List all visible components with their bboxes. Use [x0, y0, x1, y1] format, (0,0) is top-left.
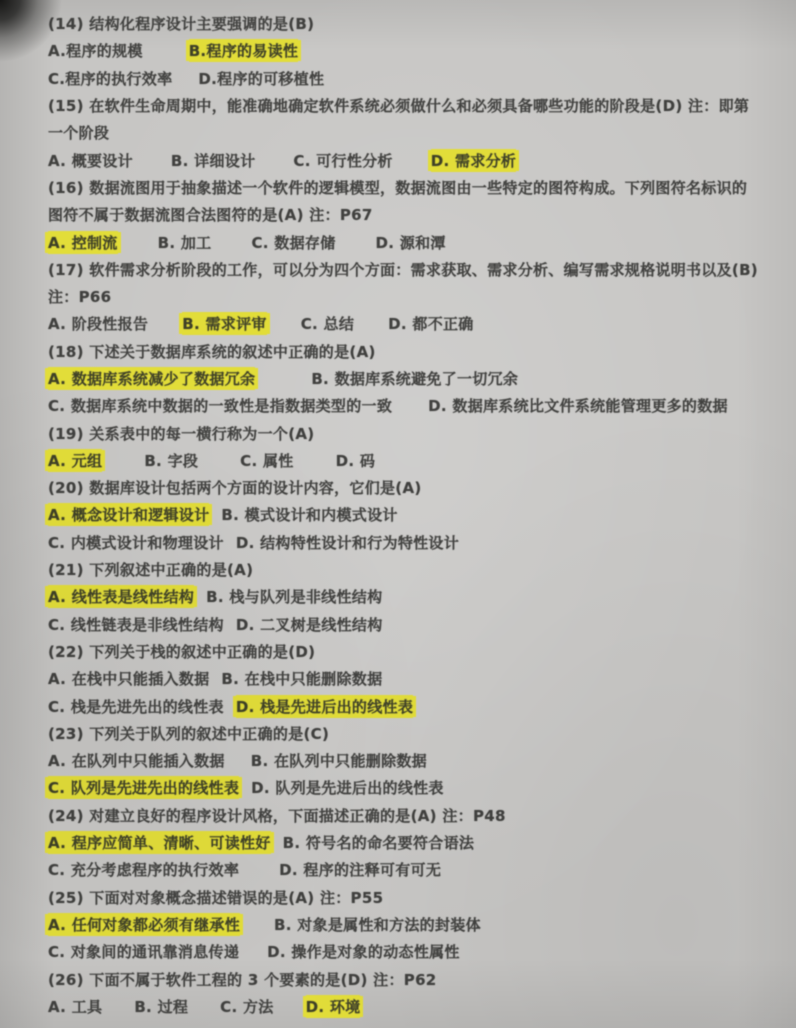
option-d: D. 源和潭: [376, 232, 446, 253]
option-a: A. 在队列中只能插入数据: [48, 750, 225, 771]
option-a-highlighted-answer: A. 元组: [48, 450, 102, 471]
text-line: C. 内模式设计和物理设计D. 结构特性设计和行为特性设计: [48, 529, 782, 556]
option-b: B. 对象是属性和方法的封装体: [274, 914, 481, 935]
text-line: A. 工具B. 过程C. 方法D. 环境: [48, 993, 782, 1020]
option-c: C. 数据库系统中数据的一致性是指数据类型的一致: [48, 395, 392, 416]
exam-photo-page: (14) 结构化程序设计主要强调的是(B)A.程序的规模B.程序的易读性C.程序…: [0, 0, 796, 1028]
question-14: (14) 结构化程序设计主要强调的是(B)A.程序的规模B.程序的易读性C.程序…: [48, 10, 782, 92]
option-a: A. 工具: [48, 996, 102, 1017]
question-23: (23) 下列关于队列的叙述中正确的是(C)A. 在队列中只能插入数据B. 在队…: [48, 720, 782, 802]
option-b: B. 符号名的命名要符合语法: [283, 832, 475, 853]
question-stem: (25) 下面对对象概念描述错误的是(A) 注：P55: [48, 887, 383, 908]
stem-continuation: 注：P66: [48, 286, 111, 307]
text-line: (24) 对建立良好的程序设计风格，下面描述正确的是(A) 注：P48: [48, 802, 782, 829]
text-line: A. 元组B. 字段C. 属性D. 码: [48, 447, 782, 474]
option-d: D. 结构特性设计和行为特性设计: [236, 532, 459, 553]
text-line: A. 数据库系统减少了数据冗余B. 数据库系统避免了一切冗余: [48, 365, 782, 392]
text-line: (20) 数据库设计包括两个方面的设计内容，它们是(A): [48, 474, 782, 501]
question-stem: (18) 下述关于数据库系统的叙述中正确的是(A): [48, 341, 376, 362]
text-line: A. 程序应简单、清晰、可读性好B. 符号名的命名要符合语法: [48, 829, 782, 856]
option-b-highlighted-answer: B.程序的易读性: [189, 40, 299, 61]
option-a-highlighted-answer: A. 线性表是线性结构: [48, 586, 194, 607]
option-d-highlighted-answer: D. 栈是先进后出的线性表: [236, 696, 413, 717]
text-line: (26) 下面不属于软件工程的 3 个要素的是(D) 注：P62: [48, 965, 782, 992]
question-stem: (20) 数据库设计包括两个方面的设计内容，它们是(A): [48, 477, 422, 498]
question-list: (14) 结构化程序设计主要强调的是(B)A.程序的规模B.程序的易读性C.程序…: [48, 10, 782, 1020]
text-line: A. 在队列中只能插入数据B. 在队列中只能删除数据: [48, 747, 782, 774]
option-c: C. 可行性分析: [293, 150, 392, 171]
question-stem: (16) 数据流图用于抽象描述一个软件的逻辑模型，数据流图由一些特定的图符构成。…: [48, 177, 747, 198]
option-a: A. 在栈中只能插入数据: [48, 668, 209, 689]
option-b: B. 在队列中只能删除数据: [251, 750, 427, 771]
text-line: (16) 数据流图用于抽象描述一个软件的逻辑模型，数据流图由一些特定的图符构成。…: [48, 174, 782, 201]
question-21: (21) 下列叙述中正确的是(A)A. 线性表是线性结构B. 栈与队列是非线性结…: [48, 556, 782, 638]
text-line: (14) 结构化程序设计主要强调的是(B): [48, 10, 782, 37]
text-line: A. 控制流B. 加工C. 数据存储D. 源和潭: [48, 228, 782, 255]
option-c: C. 总结: [301, 313, 354, 334]
option-a-highlighted-answer: A. 控制流: [48, 232, 118, 253]
option-d: D. 程序的注释可有可无: [279, 859, 441, 880]
text-line: A. 线性表是线性结构B. 栈与队列是非线性结构: [48, 583, 782, 610]
option-d: D. 二叉树是线性结构: [236, 614, 383, 635]
option-d-highlighted-answer: D. 环境: [306, 996, 361, 1017]
option-a-highlighted-answer: A. 概念设计和逻辑设计: [48, 504, 209, 525]
text-line: 注：P66: [48, 283, 782, 310]
question-stem: (22) 下列关于栈的叙述中正确的是(D): [48, 641, 315, 662]
option-d: D. 操作是对象的动态性属性: [267, 941, 460, 962]
text-line: 一个阶段: [48, 119, 782, 146]
text-line: (17) 软件需求分析阶段的工作，可以分为四个方面：需求获取、需求分析、编写需求…: [48, 256, 782, 283]
text-line: A. 阶段性报告B. 需求评审C. 总结D. 都不正确: [48, 310, 782, 337]
option-c-highlighted-answer: C. 队列是先进先出的线性表: [48, 777, 239, 798]
option-b: B. 字段: [144, 450, 198, 471]
option-a: A. 概要设计: [48, 150, 133, 171]
text-line: (18) 下述关于数据库系统的叙述中正确的是(A): [48, 338, 782, 365]
option-c: C. 内模式设计和物理设计: [48, 532, 224, 553]
question-stem: (26) 下面不属于软件工程的 3 个要素的是(D) 注：P62: [48, 969, 437, 990]
text-line: (15) 在软件生命周期中，能准确地确定软件系统必须做什么和必须具备哪些功能的阶…: [48, 92, 782, 119]
text-line: A. 概念设计和逻辑设计B. 模式设计和内模式设计: [48, 501, 782, 528]
text-line: (22) 下列关于栈的叙述中正确的是(D): [48, 638, 782, 665]
option-c: C. 方法: [220, 996, 273, 1017]
option-d: D.程序的可移植性: [198, 68, 324, 89]
option-c: C.程序的执行效率: [48, 68, 172, 89]
option-b-highlighted-answer: B. 需求评审: [182, 313, 266, 334]
option-a: A. 阶段性报告: [48, 313, 148, 334]
question-18: (18) 下述关于数据库系统的叙述中正确的是(A)A. 数据库系统减少了数据冗余…: [48, 338, 782, 420]
question-17: (17) 软件需求分析阶段的工作，可以分为四个方面：需求获取、需求分析、编写需求…: [48, 256, 782, 338]
option-a-highlighted-answer: A. 任何对象都必须有继承性: [48, 914, 240, 935]
text-line: (23) 下列关于队列的叙述中正确的是(C): [48, 720, 782, 747]
question-stem: (24) 对建立良好的程序设计风格，下面描述正确的是(A) 注：P48: [48, 805, 506, 826]
text-line: A. 在栈中只能插入数据B. 在栈中只能删除数据: [48, 665, 782, 692]
option-a-highlighted-answer: A. 数据库系统减少了数据冗余: [48, 368, 255, 389]
text-line: A. 概要设计B. 详细设计C. 可行性分析D. 需求分析: [48, 146, 782, 173]
text-line: C. 栈是先进先出的线性表D. 栈是先进后出的线性表: [48, 692, 782, 719]
option-c: C. 属性: [240, 450, 293, 471]
stem-continuation: 图符不属于数据流图合法图符的是(A) 注：P67: [48, 204, 373, 225]
option-c: C. 线性链表是非线性结构: [48, 614, 224, 635]
text-line: C.程序的执行效率D.程序的可移植性: [48, 65, 782, 92]
text-line: C. 数据库系统中数据的一致性是指数据类型的一致D. 数据库系统比文件系统能管理…: [48, 392, 782, 419]
question-stem: (19) 关系表中的每一横行称为一个(A): [48, 423, 314, 444]
question-stem: (14) 结构化程序设计主要强调的是(B): [48, 13, 314, 34]
question-stem: (23) 下列关于队列的叙述中正确的是(C): [48, 723, 329, 744]
text-line: (19) 关系表中的每一横行称为一个(A): [48, 419, 782, 446]
option-c: C. 栈是先进先出的线性表: [48, 696, 224, 717]
question-20: (20) 数据库设计包括两个方面的设计内容，它们是(A)A. 概念设计和逻辑设计…: [48, 474, 782, 556]
option-d: D. 数据库系统比文件系统能管理更多的数据: [428, 395, 728, 416]
text-line: C. 队列是先进先出的线性表D. 队列是先进后出的线性表: [48, 774, 782, 801]
text-line: C. 线性链表是非线性结构D. 二叉树是线性结构: [48, 611, 782, 638]
question-15: (15) 在软件生命周期中，能准确地确定软件系统必须做什么和必须具备哪些功能的阶…: [48, 92, 782, 174]
text-line: (25) 下面对对象概念描述错误的是(A) 注：P55: [48, 884, 782, 911]
question-stem: (15) 在软件生命周期中，能准确地确定软件系统必须做什么和必须具备哪些功能的阶…: [48, 95, 749, 116]
question-19: (19) 关系表中的每一横行称为一个(A)A. 元组B. 字段C. 属性D. 码: [48, 419, 782, 474]
option-b: B. 在栈中只能删除数据: [221, 668, 382, 689]
option-b: B. 数据库系统避免了一切冗余: [311, 368, 518, 389]
option-c: C. 对象间的通讯靠消息传递: [48, 941, 239, 962]
option-b: B. 模式设计和内模式设计: [221, 504, 397, 525]
option-d: D. 队列是先进后出的线性表: [251, 777, 444, 798]
option-d-highlighted-answer: D. 需求分析: [431, 150, 516, 171]
option-c: C. 充分考虑程序的执行效率: [48, 859, 239, 880]
question-stem: (17) 软件需求分析阶段的工作，可以分为四个方面：需求获取、需求分析、编写需求…: [48, 259, 758, 280]
stem-continuation: 一个阶段: [48, 122, 109, 143]
question-22: (22) 下列关于栈的叙述中正确的是(D)A. 在栈中只能插入数据B. 在栈中只…: [48, 638, 782, 720]
question-26: (26) 下面不属于软件工程的 3 个要素的是(D) 注：P62A. 工具B. …: [48, 965, 782, 1020]
option-a: A.程序的规模: [48, 40, 143, 61]
question-24: (24) 对建立良好的程序设计风格，下面描述正确的是(A) 注：P48A. 程序…: [48, 802, 782, 884]
option-c: C. 数据存储: [251, 232, 335, 253]
option-a-highlighted-answer: A. 程序应简单、清晰、可读性好: [48, 832, 271, 853]
option-b: B. 加工: [158, 232, 212, 253]
question-25: (25) 下面对对象概念描述错误的是(A) 注：P55A. 任何对象都必须有继承…: [48, 884, 782, 966]
text-line: 图符不属于数据流图合法图符的是(A) 注：P67: [48, 201, 782, 228]
option-d: D. 都不正确: [388, 313, 473, 334]
option-d: D. 码: [336, 450, 376, 471]
question-stem: (21) 下列叙述中正确的是(A): [48, 559, 253, 580]
question-16: (16) 数据流图用于抽象描述一个软件的逻辑模型，数据流图由一些特定的图符构成。…: [48, 174, 782, 256]
option-b: B. 详细设计: [171, 150, 255, 171]
text-line: A. 任何对象都必须有继承性B. 对象是属性和方法的封装体: [48, 911, 782, 938]
text-line: A.程序的规模B.程序的易读性: [48, 37, 782, 64]
text-line: C. 对象间的通讯靠消息传递D. 操作是对象的动态性属性: [48, 938, 782, 965]
option-b: B. 过程: [134, 996, 188, 1017]
text-line: (21) 下列叙述中正确的是(A): [48, 556, 782, 583]
text-line: C. 充分考虑程序的执行效率D. 程序的注释可有可无: [48, 856, 782, 883]
option-b: B. 栈与队列是非线性结构: [206, 586, 382, 607]
